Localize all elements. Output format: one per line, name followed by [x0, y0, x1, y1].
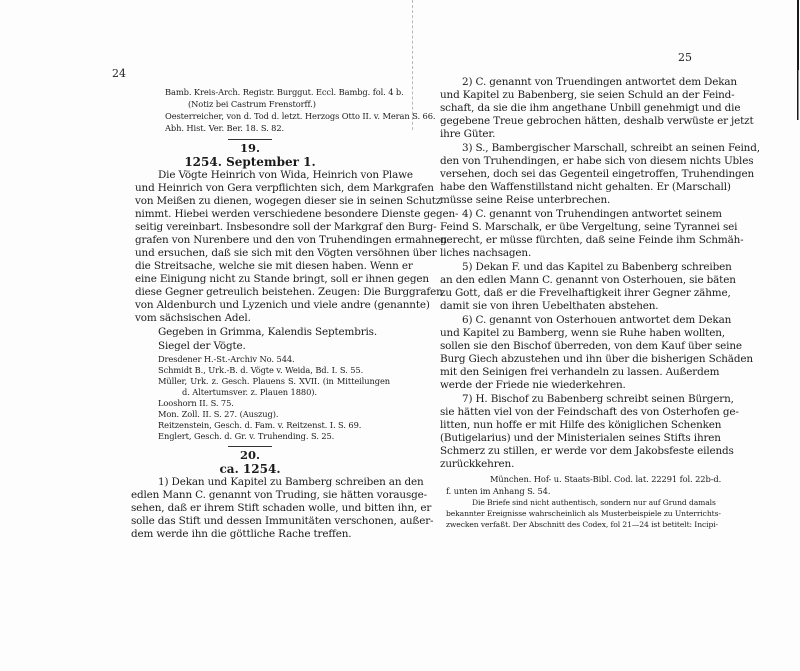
body-line: zu Gott, daß er die Frevelhaftigkeit ihr… [440, 287, 698, 300]
body-line: ihre Güter. [440, 128, 495, 141]
document-date: 1254. September 1. [150, 155, 350, 169]
reference-line: Dresdener H.-St.-Archiv No. 544. [158, 354, 295, 365]
document-number: 20. [150, 448, 350, 462]
body-line: sollen sie den Bischof überreden, von de… [440, 340, 698, 353]
body-line: liches nachsagen. [440, 247, 531, 260]
reference-line: Reitzenstein, Gesch. d. Fam. v. Reitzens… [158, 420, 361, 431]
body-line: nimmt. Hiebei werden verschiedene besond… [135, 208, 394, 221]
body-line: seitig vereinbart. Insbesondre soll der … [135, 221, 394, 234]
page-number: 24 [112, 67, 126, 80]
right-page: 25 2) C. genannt von Truendingen antwort… [412, 0, 800, 671]
source-note: f. unten im Anhang S. 54. [446, 486, 550, 497]
left-page: 24 Bamb. Kreis-Arch. Registr. Burggut. E… [0, 0, 412, 671]
body-line: werde der Friede nie wiederkehren. [440, 379, 626, 392]
body-line: 3) S., Bambergischer Marschall, schreibt… [462, 142, 698, 155]
body-line: habe den Waffenstillstand nicht gehalten… [440, 181, 698, 194]
body-line: den von Truhendingen, er habe sich von d… [440, 155, 698, 168]
section-divider [228, 139, 272, 140]
reference-line: d. Altertumsver. z. Plauen 1880). [182, 387, 317, 398]
reference-line: Bamb. Kreis-Arch. Registr. Burggut. Eccl… [165, 87, 404, 98]
body-line: gerecht, er müsse fürchten, daß seine Fe… [440, 234, 698, 247]
body-line: zurückkehren. [440, 458, 514, 471]
reference-line: Schmidt B., Urk.-B. d. Vögte v. Weida, B… [158, 365, 363, 376]
body-line: die Streitsache, welche sie mit diesen h… [135, 260, 394, 273]
body-line: und Kapitel zu Bamberg, wenn sie Ruhe ha… [440, 327, 698, 340]
body-line: 2) C. genannt von Truendingen antwortet … [462, 76, 696, 89]
source-reference: München. Hof- u. Staats-Bibl. Cod. lat. … [490, 474, 721, 485]
body-line: Schmerz zu stillen, er werde vor dem Jak… [440, 445, 700, 458]
body-line: dem werde ihn die göttliche Rache treffe… [131, 528, 351, 541]
body-line: von Meißen zu dienen, wogegen dieser sie… [135, 195, 394, 208]
body-line: diese Gegner getreulich beistehen. Zeuge… [135, 286, 394, 299]
document-number: 19. [150, 141, 350, 155]
given-line: Gegeben in Grimma, Kalendis Septembris. [158, 326, 377, 339]
body-line: und Heinrich von Gera verpflichten sich,… [135, 182, 394, 195]
footnote-line: bekannter Ereignisse wahrscheinlich als … [446, 509, 702, 519]
body-line: edlen Mann C. genannt von Truding, sie h… [131, 489, 390, 502]
body-line: und ersuchen, daß sie sich mit den Vögte… [135, 247, 394, 260]
body-line: schaft, da sie die ihm angethane Unbill … [440, 102, 698, 115]
body-line: damit sie von ihren Uebelthaten abstehen… [440, 300, 658, 313]
body-line: vom sächsischen Adel. [135, 312, 251, 325]
reference-line: Mon. Zoll. II. S. 27. (Auszug). [158, 409, 278, 420]
reference-line: (Notiz bei Castrum Frenstorff.) [188, 99, 316, 110]
body-line: 6) C. genannt von Osterhouen antwortet d… [462, 314, 698, 327]
body-line: von Aldenburch und Lyzenich und viele an… [135, 299, 394, 312]
body-line: 7) H. Bischof zu Babenberg schreibt sein… [462, 393, 700, 406]
reference-line: Abh. Hist. Ver. Ber. 18. S. 82. [165, 123, 284, 134]
body-line: litten, nun hoffe er mit Hilfe des könig… [440, 419, 700, 432]
seal-line: Siegel der Vögte. [158, 340, 246, 353]
reference-line: Looshorn II. S. 75. [158, 398, 234, 409]
body-line: Feind S. Marschalk, er übe Vergeltung, s… [440, 221, 698, 234]
body-line: und Kapitel zu Babenberg, sie seien Schu… [440, 89, 698, 102]
body-line: 5) Dekan F. und das Kapitel zu Babenberg… [462, 261, 698, 274]
reference-line: Oesterreicher, von d. Tod d. letzt. Herz… [165, 111, 435, 122]
book-spread: 24 Bamb. Kreis-Arch. Registr. Burggut. E… [0, 0, 800, 671]
body-line: 4) C. genannt von Truhendingen antwortet… [462, 208, 698, 221]
body-line: Die Vögte Heinrich von Wida, Heinrich vo… [158, 169, 394, 182]
body-line: gegebene Treue gebrochen hätten, deshalb… [440, 115, 698, 128]
body-line: mit den Seinigen frei verhandeln zu lass… [440, 366, 698, 379]
body-line: eine Einigung nicht zu Stande bringt, so… [135, 273, 394, 286]
footnote-line: zwecken verfaßt. Der Abschnitt des Codex… [446, 520, 702, 530]
body-line: 1) Dekan und Kapitel zu Bamberg schreibe… [158, 476, 390, 489]
body-line: versehen, doch sei das Gegenteil eingetr… [440, 168, 698, 181]
reference-line: Englert, Gesch. d. Gr. v. Truhending. S.… [158, 431, 334, 442]
body-line: sehen, daß er ihrem Stift schaden wolle,… [131, 502, 390, 515]
body-line: Burg Giech abzustehen und ihn über die b… [440, 353, 698, 366]
body-line: (Butigelarius) und der Ministerialen sei… [440, 432, 700, 445]
body-line: sie hätten viel von der Feindschaft des … [440, 406, 700, 419]
body-line: grafen von Nurenbere und den von Truhend… [135, 234, 394, 247]
body-line: an den edlen Mann C. genannt von Osterho… [440, 274, 698, 287]
reference-line: Müller, Urk. z. Gesch. Plauens S. XVII. … [158, 376, 390, 387]
footnote-line: Die Briefe sind nicht authentisch, sonde… [472, 498, 702, 508]
body-line: solle das Stift und dessen Immunitäten v… [131, 515, 390, 528]
page-number: 25 [678, 51, 692, 64]
section-divider [228, 446, 272, 447]
document-date: ca. 1254. [150, 462, 350, 476]
body-line: müsse seine Reise unterbrechen. [440, 194, 610, 207]
